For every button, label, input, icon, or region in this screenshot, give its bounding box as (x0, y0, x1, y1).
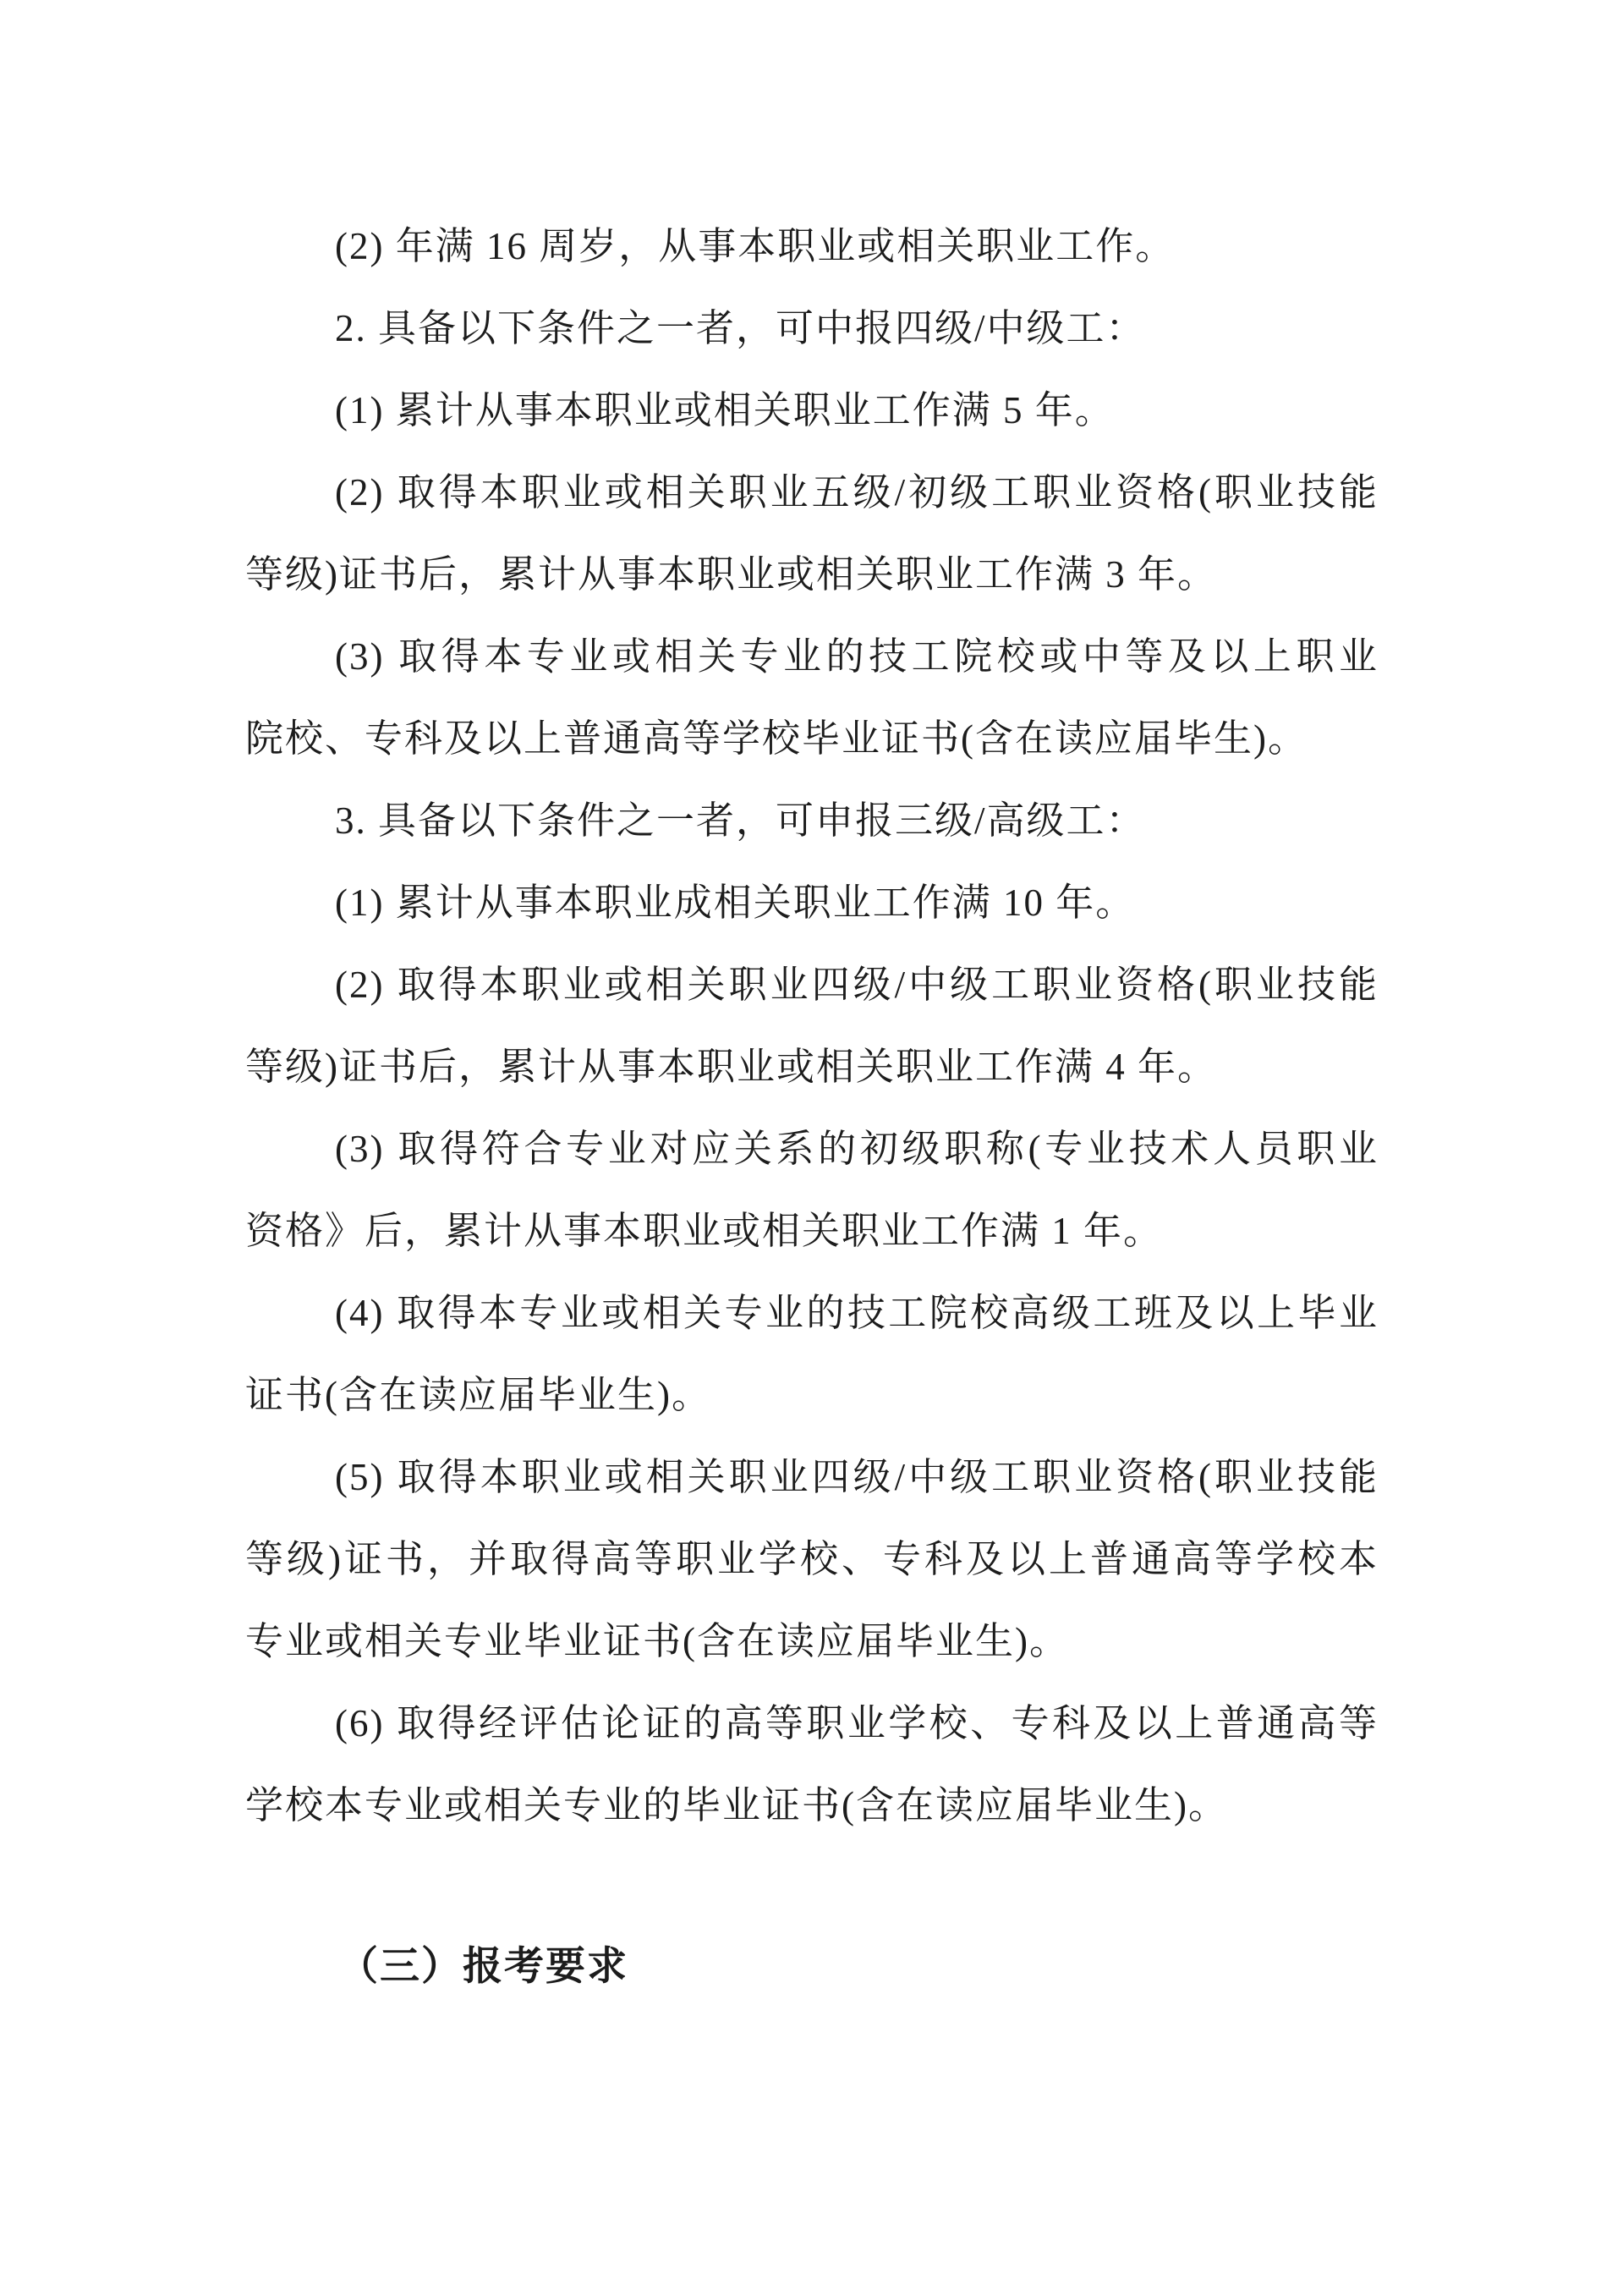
body-line: (5) 取得本职业或相关职业四级/中级工职业资格(职业技能 (245, 1436, 1379, 1519)
body-line: (2) 取得本职业或相关职业五级/初级工职业资格(职业技能 (245, 452, 1379, 534)
body-line: 2. 具备以下条件之一者，可中报四级/中级工： (245, 288, 1379, 370)
body-line: 等级)证书后，累计从事本职业或相关职业工作满 3 年。 (245, 534, 1379, 616)
body-line: (1) 累计从事本职业或相关职业工作满 5 年。 (245, 370, 1379, 452)
body-line: (2) 取得本职业或相关职业四级/中级工职业资格(职业技能 (245, 944, 1379, 1026)
body-line: (3) 取得本专业或相关专业的技工院校或中等及以上职业 (245, 616, 1379, 698)
body-line: 等级)证书后，累计从事本职业或相关职业工作满 4 年。 (245, 1026, 1379, 1108)
body-line: 专业或相关专业毕业证书(含在读应届毕业生)。 (245, 1601, 1379, 1683)
body-line: 院校、专科及以上普通高等学校毕业证书(含在读应届毕生)。 (245, 698, 1379, 780)
document-body: (2) 年满 16 周岁，从事本职业或相关职业工作。2. 具备以下条件之一者，可… (245, 206, 1379, 2008)
body-line: (6) 取得经评估论证的高等职业学校、专科及以上普通高等 (245, 1683, 1379, 1765)
body-line: (4) 取得本专业或相关专业的技工院校高级工班及以上毕业 (245, 1272, 1379, 1354)
body-line: (3) 取得符合专业对应关系的初级职称(专业技术人员职业 (245, 1108, 1379, 1190)
document-page: (2) 年满 16 周岁，从事本职业或相关职业工作。2. 具备以下条件之一者，可… (0, 0, 1623, 2296)
body-line: 3. 具备以下条件之一者，可申报三级/高级工： (245, 780, 1379, 862)
body-line: 资格》后，累计从事本职业或相关职业工作满 1 年。 (245, 1190, 1379, 1272)
body-line: 学校本专业或相关专业的毕业证书(含在读应届毕业生)。 (245, 1765, 1379, 1847)
body-line: 证书(含在读应届毕业生)。 (245, 1354, 1379, 1436)
body-line: 等级)证书，并取得高等职业学校、专科及以上普通高等学校本 (245, 1519, 1379, 1601)
body-line: (1) 累计从事本职业成相关职业工作满 10 年。 (245, 862, 1379, 944)
body-line: (2) 年满 16 周岁，从事本职业或相关职业工作。 (245, 206, 1379, 288)
section-heading: （三）报考要求 (245, 1926, 1379, 2008)
body-text-block: (2) 年满 16 周岁，从事本职业或相关职业工作。2. 具备以下条件之一者，可… (245, 206, 1379, 1847)
